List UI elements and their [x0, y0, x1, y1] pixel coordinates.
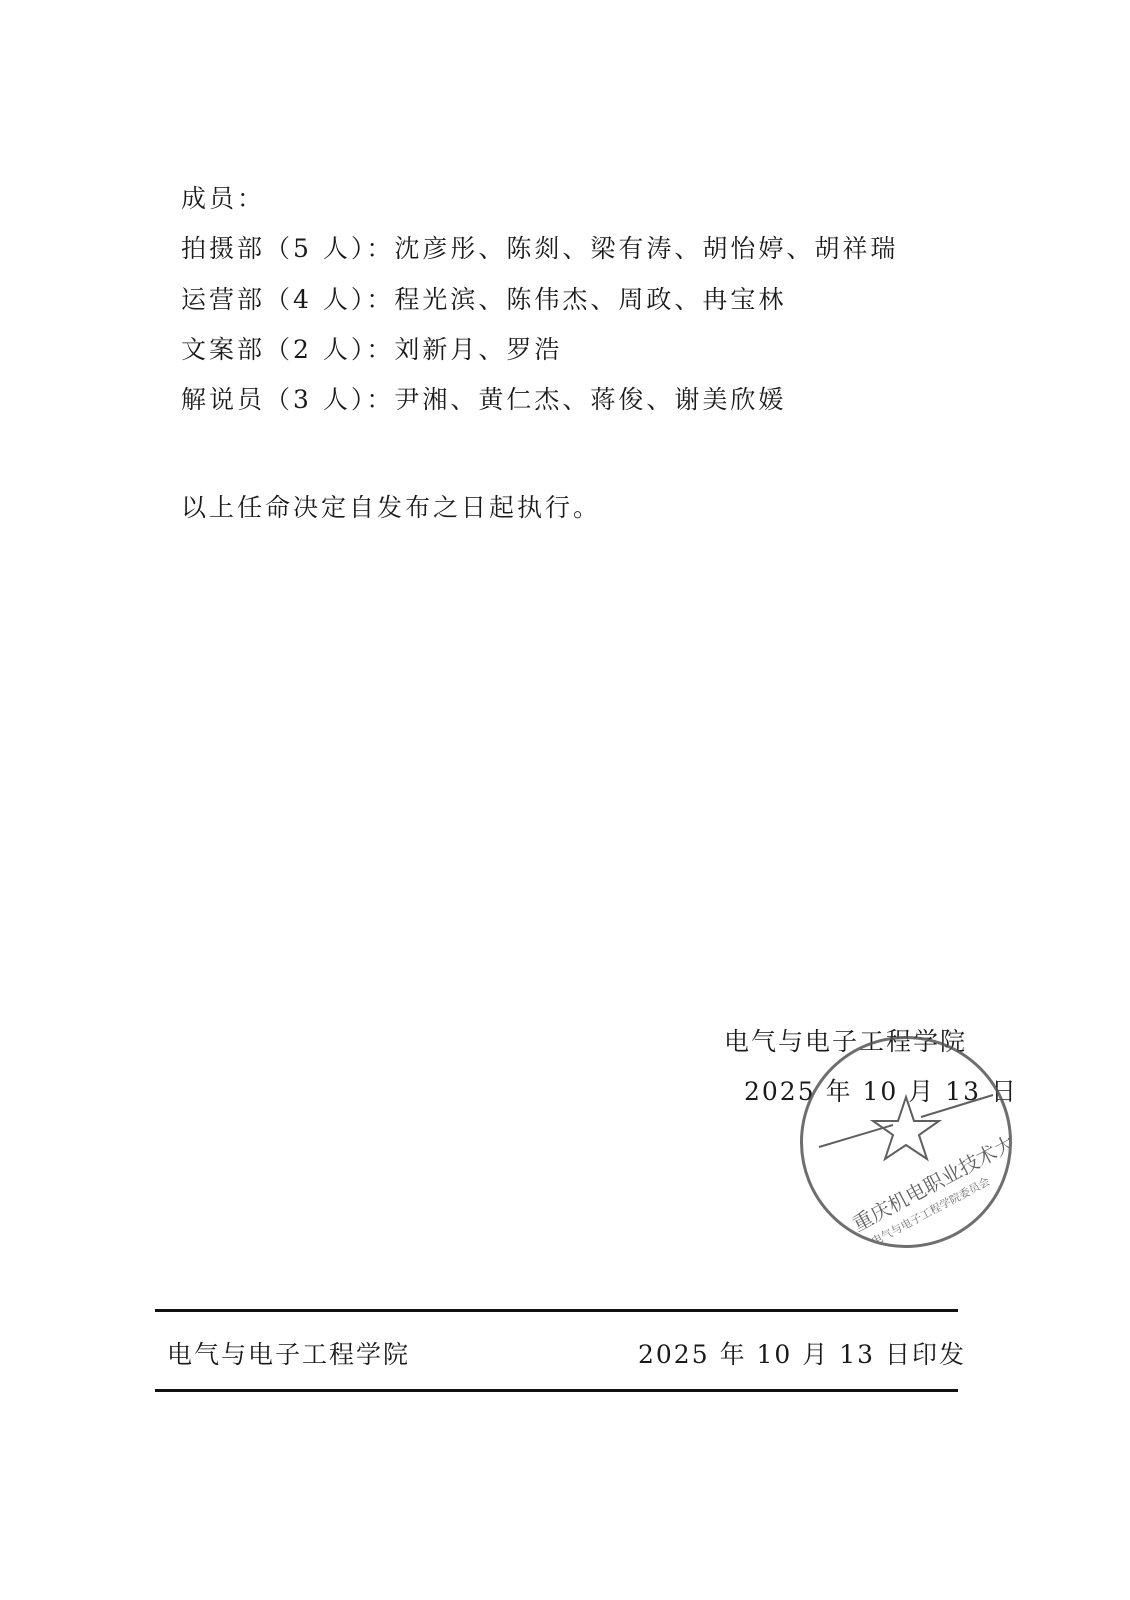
members-heading: 成员：	[181, 183, 265, 215]
department-members: 刘新月、罗浩	[394, 335, 562, 364]
department-label: 拍摄部（5 人）：	[181, 234, 394, 263]
signature-organization: 电气与电子工程学院	[724, 1026, 967, 1058]
signature-date: 2025 年 10 月 13 日	[744, 1076, 1018, 1108]
footer-issued-date: 2025 年 10 月 13 日印发	[638, 1339, 966, 1371]
department-row-photography: 拍摄部（5 人）：沈彦彤、陈剡、梁有涛、胡怡婷、胡祥瑞	[181, 233, 898, 265]
seal-star-icon: 重庆机电职业技术大学 电气与电子工程学院委员会	[803, 1039, 1009, 1245]
closing-statement: 以上任命决定自发布之日起执行。	[181, 492, 601, 524]
department-row-commentators: 解说员（3 人）：尹湘、黄仁杰、蒋俊、谢美欣媛	[181, 384, 786, 416]
department-members: 程光滨、陈伟杰、周政、冉宝林	[394, 285, 786, 314]
department-label: 运营部（4 人）：	[181, 285, 394, 314]
department-members: 尹湘、黄仁杰、蒋俊、谢美欣媛	[394, 385, 786, 414]
seal-main-text: 重庆机电职业技术大学	[848, 1121, 1009, 1236]
department-row-copywriting: 文案部（2 人）：刘新月、罗浩	[181, 334, 562, 366]
department-row-operations: 运营部（4 人）：程光滨、陈伟杰、周政、冉宝林	[181, 284, 786, 316]
seal-sub-text: 电气与电子工程学院委员会	[869, 1174, 992, 1245]
department-label: 文案部（2 人）：	[181, 335, 394, 364]
footer-bottom-rule	[155, 1389, 958, 1392]
footer-issuer: 电气与电子工程学院	[167, 1339, 410, 1371]
department-label: 解说员（3 人）：	[181, 385, 394, 414]
department-members: 沈彦彤、陈剡、梁有涛、胡怡婷、胡祥瑞	[394, 234, 898, 263]
official-seal-stamp: 重庆机电职业技术大学 电气与电子工程学院委员会	[800, 1036, 1012, 1248]
footer-top-rule	[155, 1309, 958, 1312]
